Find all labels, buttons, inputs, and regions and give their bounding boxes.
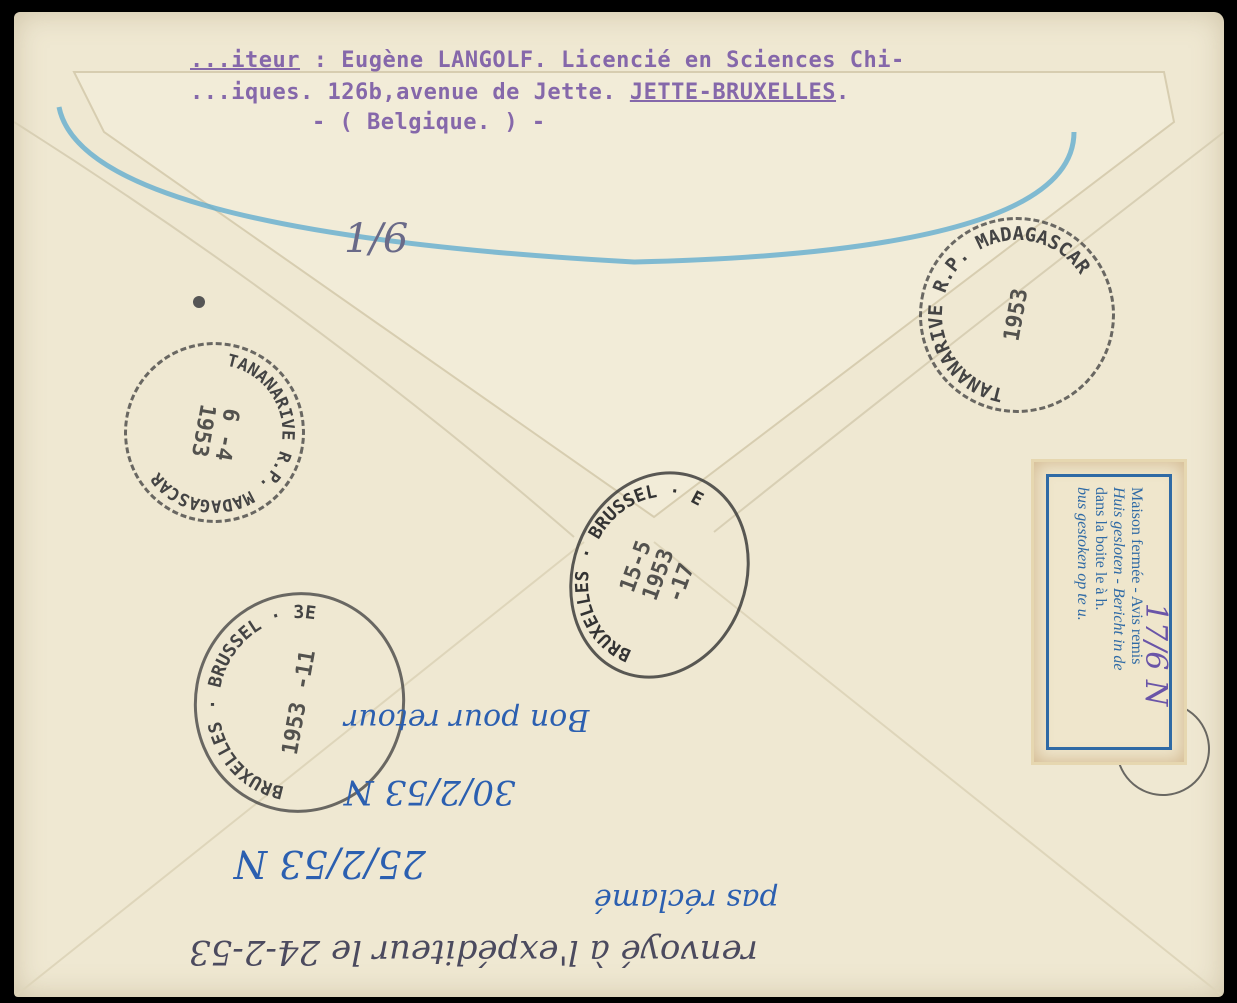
sender-line-2: ...iques. 126b,avenue de Jette. JETTE-BR… [190, 80, 850, 105]
notice-label: Maison fermée - Avis remis Huis gesloten… [1034, 462, 1184, 762]
label-line: dans la boite le à h. [1091, 487, 1109, 737]
sender-name: : Eugène LANGOLF. Licencié en Sciences C… [300, 48, 905, 73]
note-date-25-2-53: 25/2/53 N [234, 842, 426, 886]
sender-line-3: - ( Belgique. ) - [312, 110, 546, 135]
label-handwritten-date: 17/6 N [1138, 603, 1173, 706]
sender-street: ...iques. 126b,avenue de Jette. [190, 80, 630, 105]
sender-city: JETTE-BRUXELLES [630, 80, 836, 105]
note-date-30-2-53: 30/2/53 N [344, 772, 516, 812]
label-line: bus gestoken op te u. [1073, 487, 1091, 737]
label-line: Huis gesloten - Bericht in de [1109, 487, 1127, 737]
envelope-back: 1/6 ...iteur : Eugène LANGOLF. Licencié … [14, 12, 1224, 997]
postmark-tananarive-right: TANANARIVE R.P. MADAGASCAR 1953 [903, 201, 1130, 428]
note-bon-pour-retour: Bon pour retour [344, 702, 589, 737]
note-pas-reclame: pas réclamé [594, 882, 779, 917]
postmark-tananarive-left: TANANARIVE R.P. MADAGASCAR 6 -4 1953 [110, 328, 320, 538]
pencil-note: 1/6 [344, 216, 408, 262]
sender-city-end: . [836, 80, 850, 105]
sender-line-1: ...iteur : Eugène LANGOLF. Licencié en S… [190, 48, 905, 73]
label-text: Maison fermée - Avis remis Huis gesloten… [1073, 487, 1145, 737]
sender-label: ...iteur [190, 48, 300, 73]
note-renvoye: renvoyé à l'expéditeur le 24-2-53 [189, 932, 758, 972]
